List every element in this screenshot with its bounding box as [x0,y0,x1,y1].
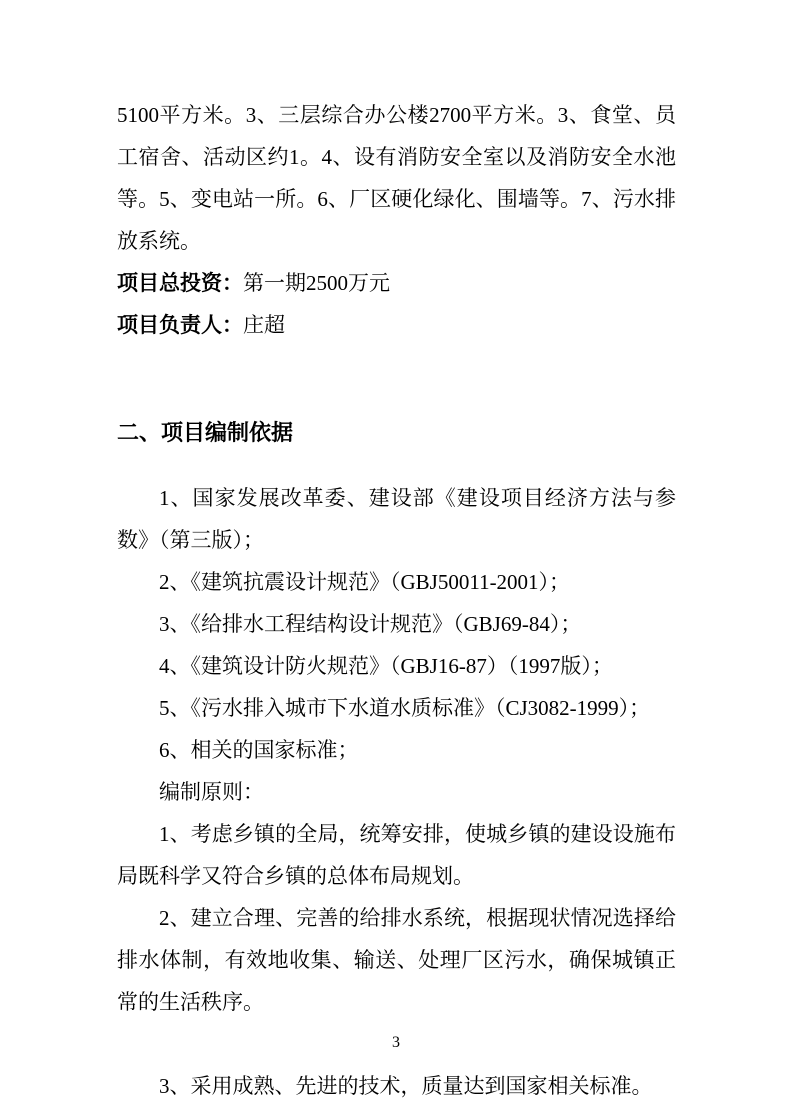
total-investment-value: 第一期2500万元 [243,271,390,295]
principle-item-3: 3、采用成熟、先进的技术，质量达到国家相关标准。 [117,1065,676,1107]
paragraph-project-leader: 项目负责人：庄超 [117,304,676,346]
paragraph-construction-scope-continued: 5100平方米。3、三层综合办公楼2700平方米。3、食堂、员工宿舍、活动区约1… [117,94,676,262]
project-leader-value: 庄超 [243,313,285,337]
basis-item-5: 5、《污水排入城市下水道水质标准》（CJ3082-1999）； [117,687,676,729]
principle-item-2: 2、建立合理、完善的给排水系统，根据现状情况选择给排水体制，有效地收集、输送、处… [117,897,676,1023]
basis-item-2: 2、《建筑抗震设计规范》（GBJ50011-2001）； [117,561,676,603]
project-leader-label: 项目负责人： [117,313,243,337]
basis-item-1: 1、国家发展改革委、建设部《建设项目经济方法与参数》（第三版）； [117,477,676,561]
document-body: 5100平方米。3、三层综合办公楼2700平方米。3、食堂、员工宿舍、活动区约1… [117,94,676,1107]
principles-intro: 编制原则： [117,771,676,813]
section-heading-basis: 二、项目编制依据 [117,412,676,454]
basis-item-6: 6、相关的国家标准； [117,729,676,771]
page-number: 3 [392,1034,400,1051]
paragraph-total-investment: 项目总投资：第一期2500万元 [117,262,676,304]
page-footer: 3 [0,1032,792,1054]
basis-item-3: 3、《给排水工程结构设计规范》（GBJ69-84）； [117,603,676,645]
principle-item-1: 1、考虑乡镇的全局，统筹安排，使城乡镇的建设设施布局既科学又符合乡镇的总体布局规… [117,813,676,897]
basis-item-4: 4、《建筑设计防火规范》（GBJ16-87）（1997版）； [117,645,676,687]
document-page: 5100平方米。3、三层综合办公楼2700平方米。3、食堂、员工宿舍、活动区约1… [0,0,792,1120]
total-investment-label: 项目总投资： [117,271,243,295]
